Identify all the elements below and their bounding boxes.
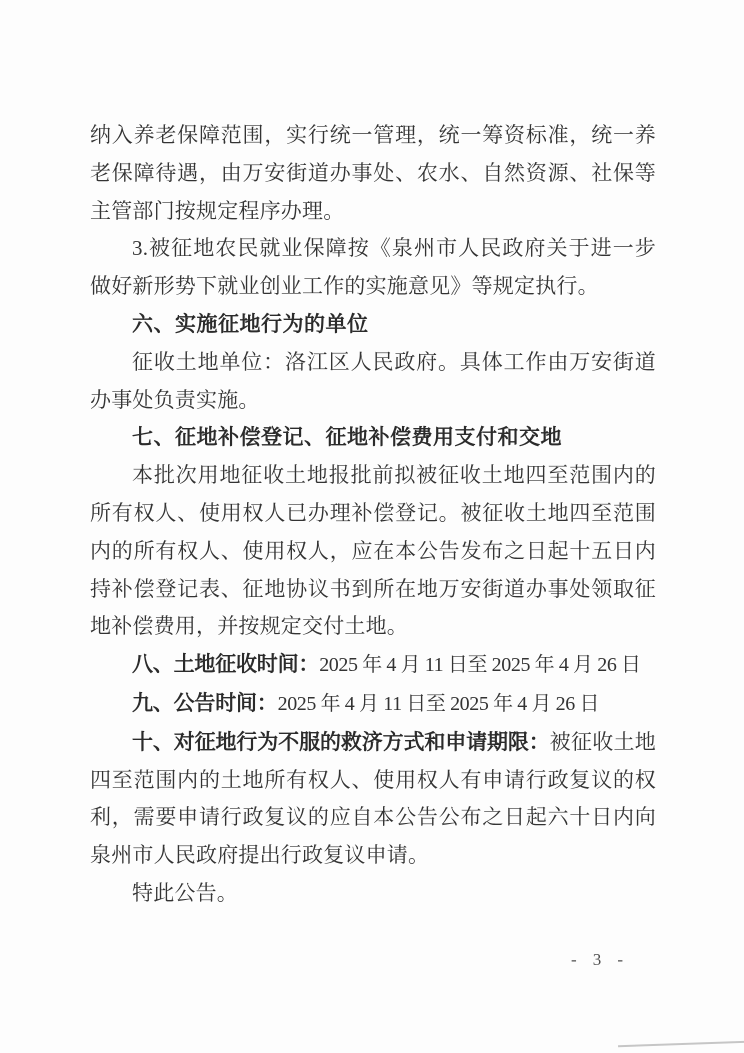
page-number: - 3 - — [560, 950, 640, 970]
scan-artifact-line — [618, 1041, 744, 1048]
item-nine-label: 九、公告时间： — [132, 692, 278, 715]
item-ten-label: 十、对征地行为不服的救济方式和申请期限： — [132, 731, 550, 754]
item-eight-value: 2025 年 4 月 11 日至 2025 年 4 月 26 日 — [319, 654, 640, 676]
heading-section-seven: 七、征地补偿登记、征地补偿费用支付和交地 — [90, 419, 656, 457]
paragraph-section-ten: 十、对征地行为不服的救济方式和申请期限：被征收土地四至范围内的土地所有权人、使用… — [90, 724, 656, 875]
item-nine-value: 2025 年 4 月 11 日至 2025 年 4 月 26 日 — [278, 693, 599, 715]
closing-statement: 特此公告。 — [90, 875, 656, 913]
document-page: 纳入养老保障范围，实行统一管理，统一筹资标准，统一养老保障待遇，由万安街道办事处… — [0, 0, 744, 1053]
item-announcement-time: 九、公告时间：2025 年 4 月 11 日至 2025 年 4 月 26 日 — [90, 685, 656, 724]
paragraph-section-six: 征收土地单位：洛江区人民政府。具体工作由万安街道办事处负责实施。 — [90, 344, 656, 420]
item-eight-label: 八、土地征收时间： — [132, 653, 319, 676]
paragraph-pension-continuation: 纳入养老保障范围，实行统一管理，统一筹资标准，统一养老保障待遇，由万安街道办事处… — [90, 117, 656, 230]
paragraph-employment-guarantee: 3.被征地农民就业保障按《泉州市人民政府关于进一步做好新形势下就业创业工作的实施… — [90, 230, 656, 306]
announcement-body: 纳入养老保障范围，实行统一管理，统一筹资标准，统一养老保障待遇，由万安街道办事处… — [90, 117, 656, 913]
paragraph-section-seven: 本批次用地征收土地报批前拟被征收土地四至范围内的所有权人、使用权人已办理补偿登记… — [90, 457, 656, 646]
item-land-expropriation-time: 八、土地征收时间：2025 年 4 月 11 日至 2025 年 4 月 26 … — [90, 646, 656, 685]
heading-section-six: 六、实施征地行为的单位 — [90, 306, 656, 344]
